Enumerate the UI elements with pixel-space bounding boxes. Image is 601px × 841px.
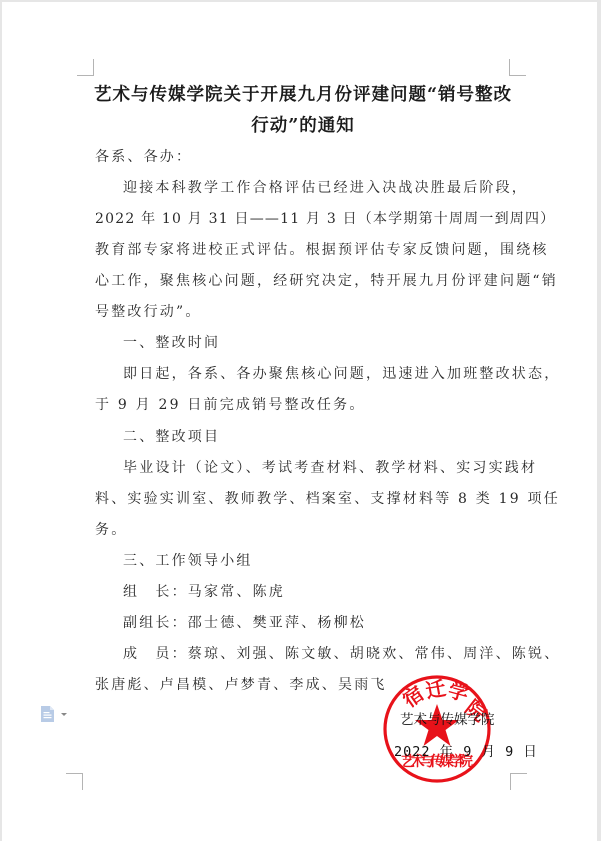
crop-mark-top-left	[77, 59, 94, 76]
section-2-heading: 二、整改项目	[123, 426, 220, 446]
paragraph-1-line: 心工作，聚焦核心问题，经研究决定，特开展九月份评建问题“销	[95, 270, 558, 290]
paragraph-1-line: 2022 年 10 月 31 日——11 月 3 日（本学期第十周周一到周四）	[95, 208, 555, 228]
paragraph-1-line: 迎接本科教学工作合格评估已经进入决战决胜最后阶段，	[123, 177, 528, 197]
paragraph-1-line: 号整改行动”。	[95, 301, 202, 321]
document-icon[interactable]	[41, 706, 54, 722]
crop-mark-top-right	[509, 59, 526, 76]
section-3-heading: 三、工作领导小组	[123, 550, 253, 570]
signature-organization: 艺术与传媒学院	[400, 708, 495, 728]
svg-text:学: 学	[446, 678, 472, 706]
section-2-line: 务。	[95, 519, 127, 539]
group-leader-line: 组 长：马家常、陈虎	[123, 581, 285, 601]
svg-text:迁: 迁	[424, 677, 448, 703]
document-title-line-1: 艺术与传媒学院关于开展九月份评建问题“销号整改	[92, 81, 514, 106]
document-page: 艺术与传媒学院关于开展九月份评建问题“销号整改 行动”的通知 各系、各办： 迎接…	[2, 2, 597, 841]
members-line: 成 员：蔡琼、刘强、陈文敏、胡晓欢、常伟、周洋、陈锐、	[123, 643, 560, 663]
deputy-leader-line: 副组长：邵士德、樊亚萍、杨柳松	[123, 612, 366, 632]
signature-date: 2022 年 9 月 9 日	[394, 740, 538, 760]
section-2-line: 毕业设计（论文）、考试考查材料、教学材料、实习实践材	[123, 457, 537, 477]
members-line: 张唐彪、卢昌模、卢梦青、李成、吴雨飞	[95, 674, 387, 694]
document-title-line-2: 行动”的通知	[92, 112, 514, 137]
official-seal: 宿 迁 学 院 艺术与传媒学院	[382, 674, 492, 784]
section-1-line: 于 9 月 29 日前完成销号整改任务。	[95, 394, 366, 414]
paragraph-1-line: 教育部专家将进校正式评估。根据预评估专家反馈问题，围绕核	[95, 239, 549, 259]
section-1-line: 即日起，各系、各办聚焦核心问题，迅速进入加班整改状态，	[123, 363, 560, 383]
crop-mark-bottom-left	[66, 773, 83, 790]
chevron-down-icon[interactable]	[61, 713, 67, 716]
section-1-heading: 一、整改时间	[123, 332, 220, 352]
crop-mark-bottom-right	[510, 773, 527, 790]
salutation: 各系、各办：	[95, 146, 192, 166]
section-2-line: 料、实验实训室、教师教学、档案室、支撑材料等 8 类 19 项任	[95, 488, 560, 508]
